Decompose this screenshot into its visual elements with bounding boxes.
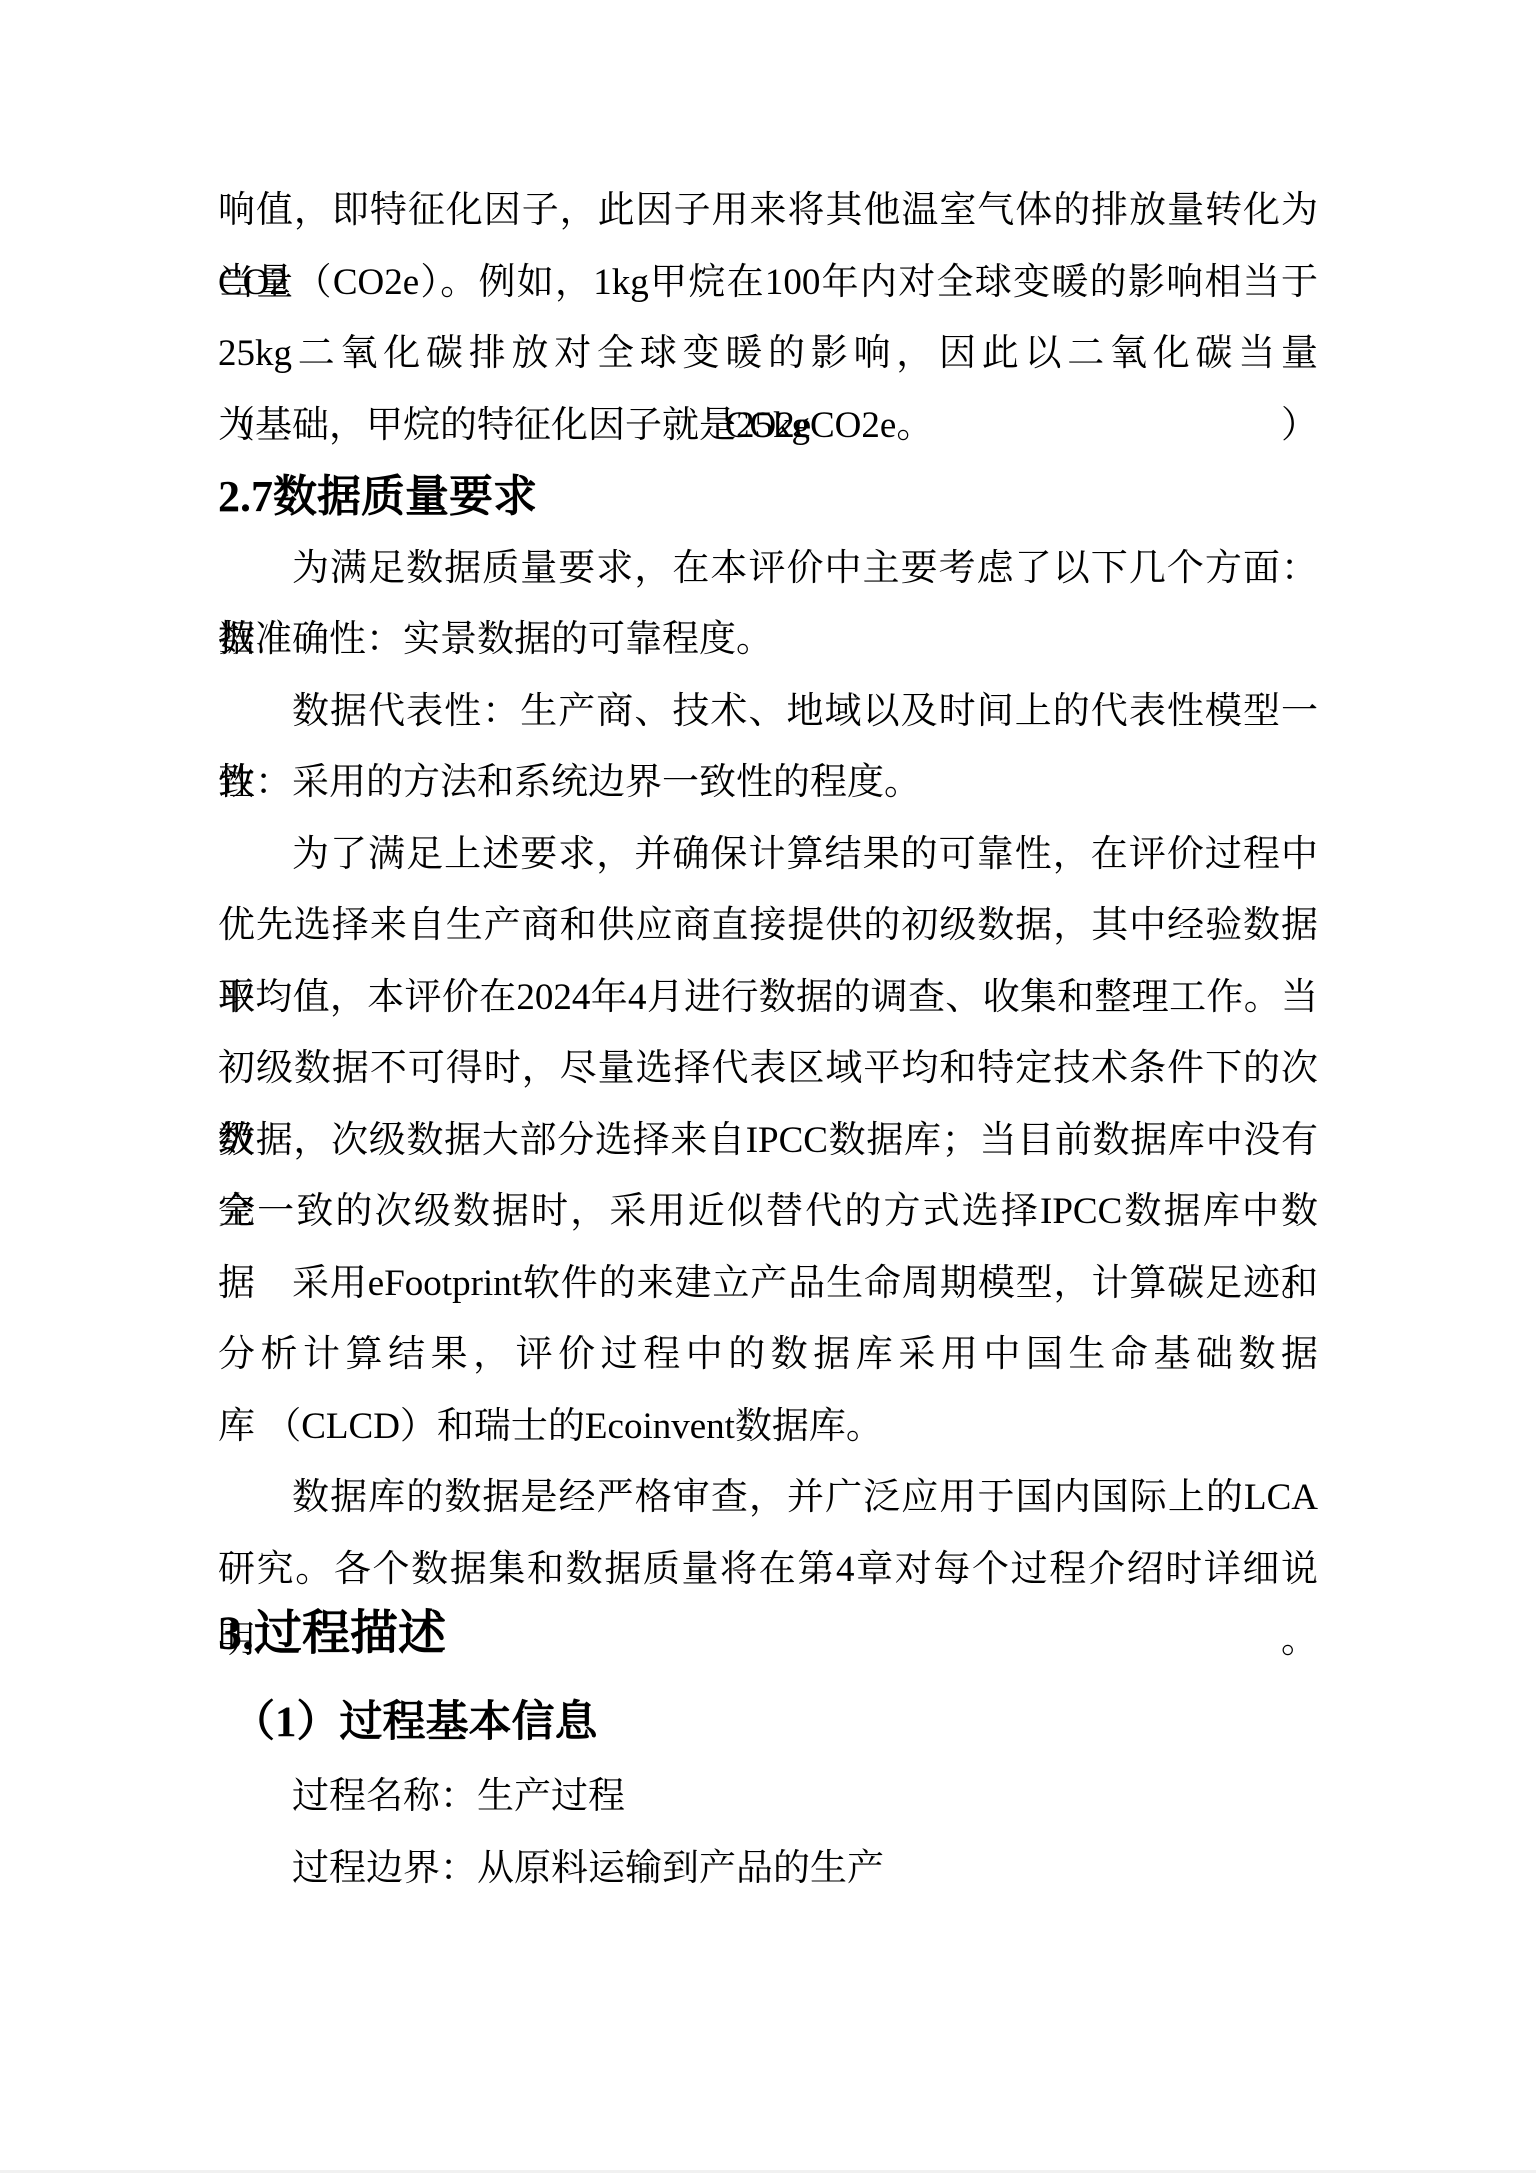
paragraph-line: 采用eFootprint软件的来建立产品生命周期模型，计算碳足迹和	[218, 1248, 1318, 1320]
paragraph-line: 分析计算结果，评价过程中的数据库采用中国生命基础数据	[218, 1319, 1318, 1391]
heading-2-7-data-quality-requirements: 2.7数据质量要求	[218, 461, 1318, 533]
paragraph-line: 数据代表性：生产商、技术、地域以及时间上的代表性模型一致	[218, 676, 1318, 748]
paragraph-line: 性：采用的方法和系统边界一致性的程度。	[218, 747, 1318, 819]
paragraph-line: 研究。各个数据集和数据质量将在第4章对每个过程介绍时详细说明。	[218, 1534, 1318, 1606]
paragraph-line: 全一致的次级数据时，采用近似替代的方式选择IPCC数据库中数据。	[218, 1176, 1318, 1248]
paragraph-line: 为满足数据质量要求，在本评价中主要考虑了以下几个方面：数	[218, 533, 1318, 605]
heading-1-process-basic-info: （1）过程基本信息	[218, 1695, 1318, 1751]
document-page: 响值，即特征化因子，此因子用来将其他温室气体的排放量转化为CO2 当量（CO2e…	[0, 0, 1536, 2173]
paragraph-line: 当量（CO2e）。例如，1kg甲烷在100年内对全球变暖的影响相当于	[218, 247, 1318, 319]
paragraph-line: 平均值，本评价在2024年4月进行数据的调查、收集和整理工作。当	[218, 962, 1318, 1034]
paragraph-line: 响值，即特征化因子，此因子用来将其他温室气体的排放量转化为CO2	[218, 175, 1318, 247]
process-name-line: 过程名称：生产过程	[218, 1761, 1318, 1833]
paragraph-line: 优先选择来自生产商和供应商直接提供的初级数据，其中经验数据取	[218, 890, 1318, 962]
process-boundary-line: 过程边界：从原料运输到产品的生产	[218, 1833, 1318, 1905]
paragraph-line: 为了满足上述要求，并确保计算结果的可靠性，在评价过程中	[218, 819, 1318, 891]
paragraph-line: 数据库的数据是经严格审查，并广泛应用于国内国际上的LCA	[218, 1462, 1318, 1534]
paragraph-line: 库 （CLCD）和瑞士的Ecoinvent数据库。	[218, 1391, 1318, 1463]
document-content: 响值，即特征化因子，此因子用来将其他温室气体的排放量转化为CO2 当量（CO2e…	[218, 175, 1318, 1904]
paragraph-line: 初级数据不可得时，尽量选择代表区域平均和特定技术条件下的次级	[218, 1033, 1318, 1105]
paragraph-line: 数据，次级数据大部分选择来自IPCC数据库；当目前数据库中没有完	[218, 1105, 1318, 1177]
paragraph-line: 据准确性：实景数据的可靠程度。	[218, 604, 1318, 676]
paragraph-line: 25kg二氧化碳排放对全球变暖的影响，因此以二氧化碳当量（CO2e）	[218, 318, 1318, 390]
